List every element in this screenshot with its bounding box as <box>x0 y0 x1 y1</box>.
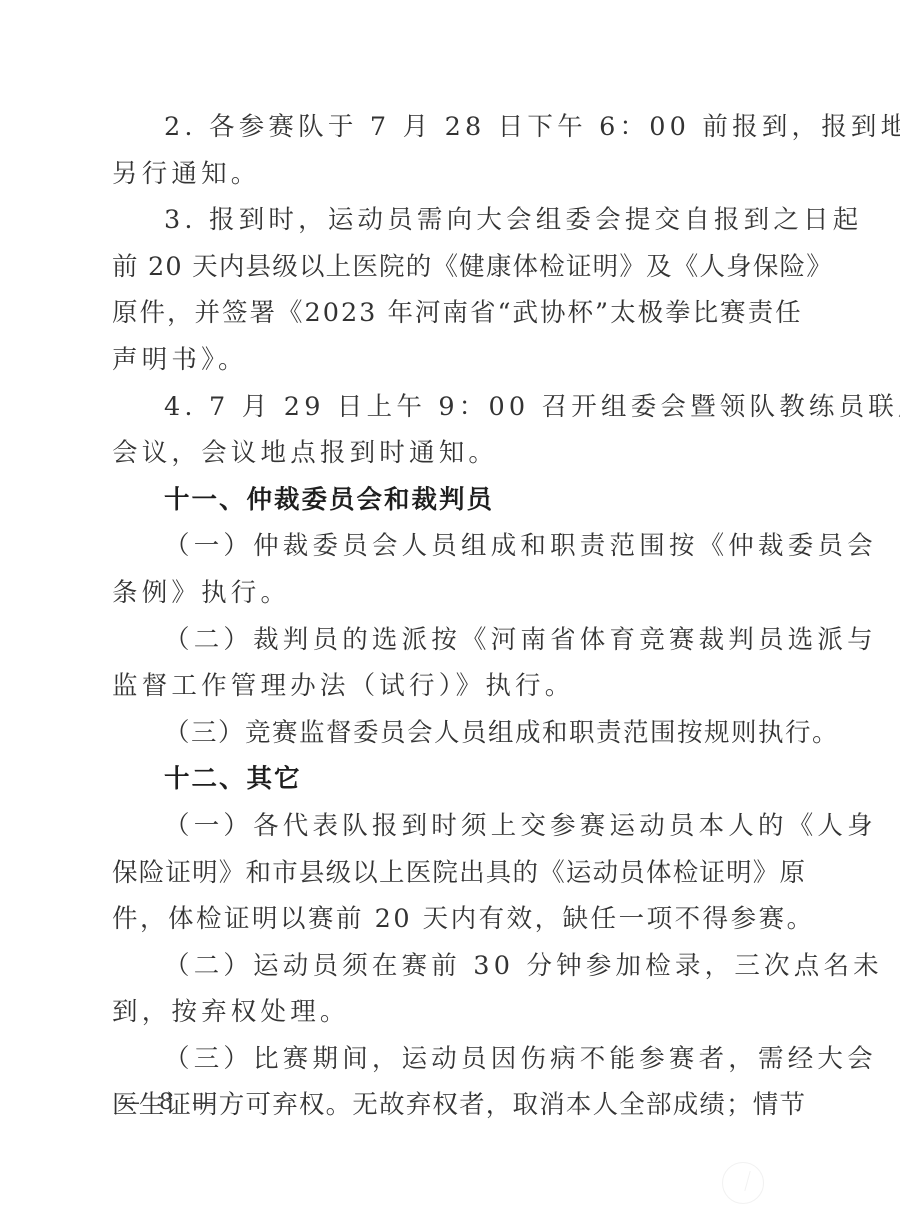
text-line: （二）运动员须在赛前 30 分钟参加检录，三次点名未 <box>112 943 792 990</box>
text-line: 保险证明》和市县级以上医院出具的《运动员体检证明》原 <box>112 850 792 897</box>
text-line: 到，按弃权处理。 <box>112 989 792 1036</box>
text-line: （三）竞赛监督委员会人员组成和职责范围按规则执行。 <box>112 710 792 757</box>
text-line: 前 20 天内县级以上医院的《健康体检证明》及《人身保险》 <box>112 244 792 291</box>
text-line: （二）裁判员的选派按《河南省体育竞赛裁判员选派与 <box>112 617 792 664</box>
document-page: 2. 各参赛队于 7 月 28 日下午 6：00 前报到，报到地点 另行通知。 … <box>112 104 792 1129</box>
circle-logo-icon <box>722 1162 764 1204</box>
text-line: 3. 报到时，运动员需向大会组委会提交自报到之日起 <box>112 197 792 244</box>
text-line: 原件，并签署《2023 年河南省“武协杯”太极拳比赛责任 <box>112 290 792 337</box>
text-line: 条例》执行。 <box>112 570 792 617</box>
text-line: 会议，会议地点报到时通知。 <box>112 430 792 477</box>
page-number: — 8 — <box>118 1090 220 1115</box>
text-line: （三）比赛期间，运动员因伤病不能参赛者，需经大会 <box>112 1036 792 1083</box>
text-line: 4. 7 月 29 日上午 9：00 召开组委会暨领队教练员联席 <box>112 384 792 431</box>
text-line: 另行通知。 <box>112 151 792 198</box>
section-heading-12: 十二、其它 <box>112 756 792 803</box>
text-line: 2. 各参赛队于 7 月 28 日下午 6：00 前报到，报到地点 <box>112 104 792 151</box>
text-line: 声明书》。 <box>112 337 792 384</box>
section-heading-11: 十一、仲裁委员会和裁判员 <box>112 477 792 524</box>
text-line: 监督工作管理办法（试行）》执行。 <box>112 663 792 710</box>
text-line: （一）仲裁委员会人员组成和职责范围按《仲裁委员会 <box>112 523 792 570</box>
text-line: （一）各代表队报到时须上交参赛运动员本人的《人身 <box>112 803 792 850</box>
text-line: 件，体检证明以赛前 20 天内有效，缺任一项不得参赛。 <box>112 896 792 943</box>
